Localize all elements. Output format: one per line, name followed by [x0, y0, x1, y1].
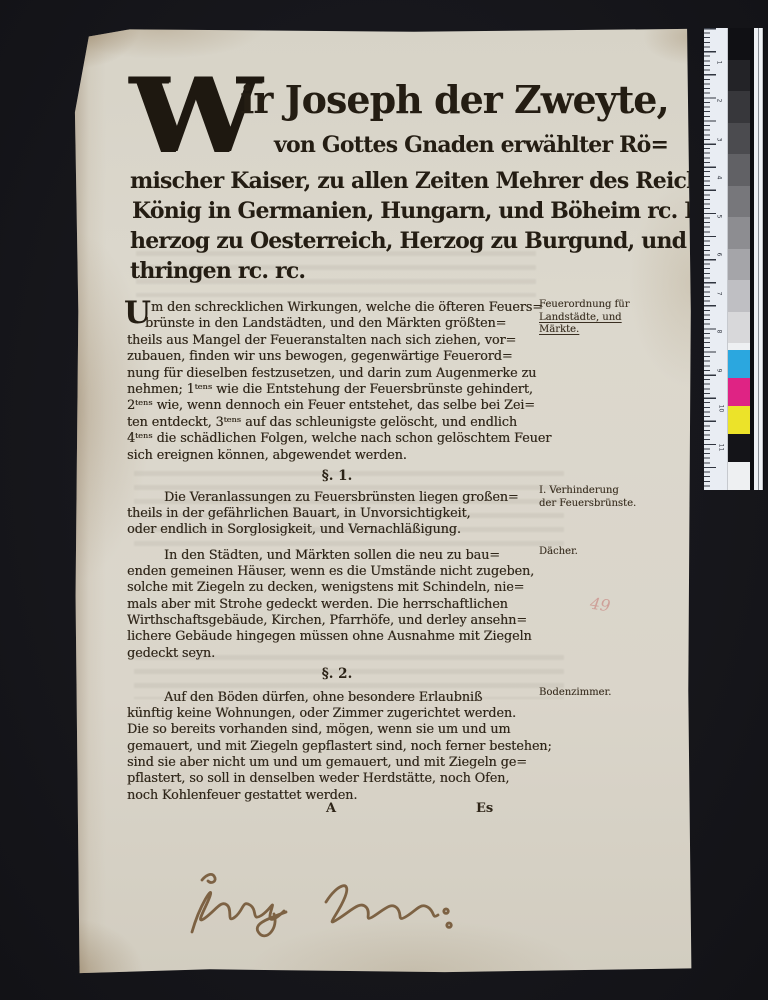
body-line: 2ᵗᵉⁿˢ wie, wenn dennoch ein Feuer entste… — [127, 398, 535, 414]
margin-note-verhinderung: I. Verhinderung der Feuersbrünste. — [539, 485, 681, 510]
body-line: oder endlich in Sorglosigkeit, und Verna… — [127, 522, 461, 538]
handwritten-inscription — [174, 870, 494, 955]
ruler-number: 5 — [715, 215, 722, 219]
body-line: 4ᵗᵉⁿˢ die schädlichen Folgen, welche nac… — [127, 431, 551, 447]
ruler-number: 2 — [715, 99, 722, 103]
patch-black — [728, 434, 750, 462]
title-line-6: thringen rc. rc. — [130, 258, 305, 284]
body-line: Die Veranlassungen zu Feuersbrünsten lie… — [164, 490, 519, 506]
body-line: nehmen; 1ᵗᵉⁿˢ wie die Entstehung der Feu… — [127, 382, 533, 398]
body-line: nung für dieselben festzusetzen, und dar… — [127, 366, 536, 382]
gray-step-10 — [728, 312, 750, 344]
body-line: Wirthschaftsgebäude, Kirchen, Pfarrhöfe,… — [127, 613, 527, 629]
body-line: m den schrecklichen Wirkungen, welche di… — [151, 300, 543, 316]
margin-note-feuerordnung: Feuerordnung für Landstädte, und Märkte. — [539, 299, 681, 337]
title-line-5: herzog zu Oesterreich, Herzog zu Burgund… — [130, 228, 768, 254]
body-line: enden gemeinen Häuser, wenn es die Umstä… — [127, 564, 534, 580]
body-line: ten entdeckt, 3ᵗᵉⁿˢ auf das schleunigste… — [127, 415, 517, 431]
scan-canvas: W ir Joseph der Zweyte, von Gottes Gnade… — [0, 0, 768, 1000]
body-line: theils aus Mangel der Feueranstalten nac… — [127, 333, 516, 349]
ruler-number: 7 — [715, 292, 722, 296]
calibration-outer-edge — [763, 28, 764, 490]
margin-note-daecher: Dächer. — [539, 546, 681, 559]
calibration-hairline — [758, 28, 759, 490]
body-line: Die so bereits vorhanden sind, mögen, we… — [127, 722, 510, 738]
body-line: sind sie aber nicht um und um gemauert, … — [127, 755, 527, 771]
body-line: Auf den Böden dürfen, ohne besondere Erl… — [164, 690, 482, 706]
catchword: Es — [476, 801, 493, 816]
patch-cyan — [728, 350, 750, 378]
ruler-number: 8 — [715, 330, 722, 334]
calibration-ruler: 1 2 3 4 5 6 7 8 9 10 11 — [704, 28, 728, 490]
body-line: sich ereignen können, abgewendet werden. — [127, 448, 407, 464]
ruler-number: 6 — [715, 253, 722, 257]
red-folio-number: 49 — [589, 594, 612, 616]
title-line-4: König in Germanien, Hungarn, und Böheim … — [132, 198, 740, 224]
body-line: gemauert, und mit Ziegeln gepflastert si… — [127, 739, 552, 755]
calibration-strip: 1 2 3 4 5 6 7 8 9 10 11 — [704, 28, 764, 490]
body-line: solche mit Ziegeln zu decken, wenigstens… — [127, 580, 524, 596]
section-heading-1: §. 1. — [127, 468, 547, 484]
margin-note-line: I. Verhinderung — [539, 485, 681, 498]
body-line: mals aber mit Strohe gedeckt werden. Die… — [127, 597, 508, 613]
signature-mark: A — [326, 801, 336, 816]
ruler-number: 3 — [715, 138, 722, 142]
gray-step-3 — [728, 91, 750, 123]
margin-note-line: der Feuersbrünste. — [539, 498, 681, 511]
calibration-edge-strip — [754, 28, 763, 490]
gray-step-1 — [728, 28, 750, 60]
ruler-number: 4 — [715, 176, 722, 180]
margin-note-line: Landstädte, und — [539, 312, 681, 325]
gray-step-4 — [728, 123, 750, 155]
body-line: brünste in den Landstädten, und den Märk… — [145, 316, 506, 332]
patch-magenta — [728, 378, 750, 406]
wedge-spacer — [728, 343, 750, 350]
title-line-3: mischer Kaiser, zu allen Zeiten Mehrer d… — [130, 168, 720, 194]
body-line: zubauen, finden wir uns bewogen, gegenwä… — [127, 349, 513, 365]
margin-note-line: Märkte. — [539, 324, 681, 337]
margin-note-line: Dächer. — [539, 546, 681, 559]
ruler-number: 9 — [715, 369, 722, 373]
gray-step-6 — [728, 186, 750, 218]
ruler-number: 11 — [717, 444, 724, 452]
ruler-number: 10 — [717, 405, 724, 413]
body-line: noch Kohlenfeuer gestattet werden. — [127, 788, 357, 804]
ruler-number: 1 — [715, 61, 722, 65]
body-line: gedeckt seyn. — [127, 646, 215, 662]
body-line: theils in der gefährlichen Bauart, in Un… — [127, 506, 471, 522]
gray-step-8 — [728, 249, 750, 281]
body-line: lichere Gebäude hingegen müssen ohne Aus… — [127, 629, 532, 645]
title-line-1: ir Joseph der Zweyte, — [240, 77, 669, 122]
document-page: W ir Joseph der Zweyte, von Gottes Gnade… — [74, 27, 692, 975]
margin-note-bodenzimmer: Bodenzimmer. — [539, 687, 681, 700]
patch-yellow — [728, 406, 750, 434]
margin-note-line: Bodenzimmer. — [539, 687, 681, 700]
section-heading-2: §. 2. — [127, 666, 547, 682]
margin-note-line: Feuerordnung für — [539, 299, 681, 312]
title-line-2: von Gottes Gnaden erwählter Rö= — [274, 132, 668, 158]
gray-step-2 — [728, 60, 750, 92]
gray-step-9 — [728, 280, 750, 312]
gray-step-5 — [728, 154, 750, 186]
body-line: pflastert, so soll in denselben weder He… — [127, 771, 509, 787]
grayscale-wedge — [728, 28, 750, 490]
gray-step-7 — [728, 217, 750, 249]
body-line: In den Städten, und Märkten sollen die n… — [164, 548, 500, 564]
body-line: künftig keine Wohnungen, oder Zimmer zug… — [127, 706, 516, 722]
